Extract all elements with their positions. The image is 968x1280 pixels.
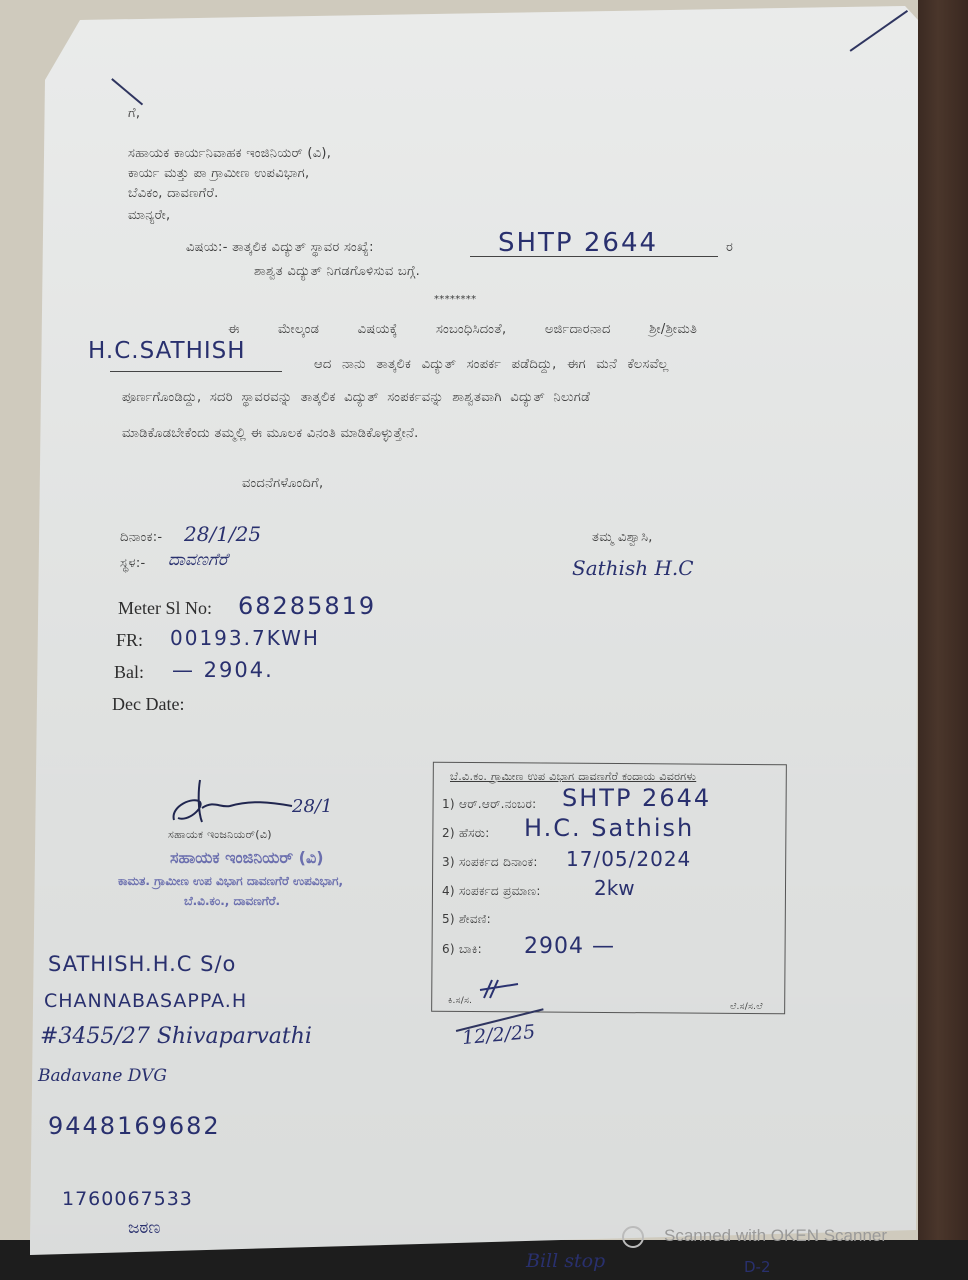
date-label: ದಿನಾಂಕ:- [120, 530, 162, 545]
subject-underline [470, 256, 718, 257]
office-row-2-label: 2) ಹೆಸರು: [442, 826, 490, 841]
bill-note: Bill stop [526, 1250, 605, 1272]
addressee-line-3: ಬೆವಿಕಂ, ದಾವಣಗೆರೆ. [128, 186, 219, 201]
office-row-3-value: 17/05/2024 [566, 847, 691, 871]
applicant-name: H.C.SATHISH [88, 338, 246, 364]
officer-title: ಸಹಾಯಕ ಇಂಜನಿಯರ್(ವಿ) [168, 828, 272, 842]
body-line-2: ಆದ ನಾನು ತಾತ್ಕಲಿಕ ವಿದ್ಯುತ್ ಸಂಪರ್ಕ ಪಡೆದಿದ್… [314, 357, 669, 372]
office-row-6-value: 2904 — [524, 934, 615, 959]
place-value: ದಾವಣಗೆರೆ [168, 550, 228, 570]
bal-value: — 2904. [172, 658, 274, 682]
office-box-header: ಬೆ.ವಿ.ಕಂ. ಗ್ರಾಮೀಣ ಉಪ ವಿಭಾಗ ದಾವಣಗೆರೆ ಕಂದಾ… [450, 770, 696, 784]
subject-value: SHTP 2644 [498, 228, 658, 258]
closing: ವಂದನೆಗಳೊಂದಿಗೆ, [242, 476, 323, 491]
separator: ******** [434, 294, 476, 305]
meter-serial-value: 68285819 [238, 592, 376, 620]
office-row-1-value: SHTP 2644 [562, 784, 711, 812]
officer-signature-date: 28/1 [292, 796, 332, 817]
scanner-watermark: Scanned with OKEN Scanner [664, 1226, 887, 1246]
office-row-5-label: 5) ಶೇವಣಿ: [442, 912, 491, 927]
office-footer-right: ಲೆ.ಸ/ಸ.ಲೆ [730, 1002, 763, 1012]
salutation-to: ಗೆ, [128, 106, 140, 121]
body-line-4: ಮಾಡಿಕೊಡಬೇಕೆಂದು ತಮ್ಮಲ್ಲಿ ಈ ಮೂಲಕ ವಿನಂತಿ ಮಾ… [122, 426, 419, 441]
office-row-1-label: 1) ಆರ್.ಆರ್.ನಂಬರ: [442, 797, 536, 812]
addressee-line-2: ಕಾರ್ಯ ಮತ್ತು ಪಾ ಗ್ರಾಮೀಣ ಉಪವಿಭಾಗ, [128, 166, 309, 181]
meter-serial-label: Meter Sl No: [118, 598, 212, 619]
office-row-2-value: H.C. Sathish [524, 814, 694, 842]
applicant-name-underline [110, 371, 282, 372]
scanner-logo-icon [622, 1226, 644, 1248]
office-row-4-value: 2kw [594, 876, 635, 900]
date-value: 28/1/25 [184, 522, 261, 546]
greeting: ಮಾನ್ಯರೇ, [128, 208, 170, 223]
dec-date-label: Dec Date: [112, 694, 184, 715]
fr-value: 00193.7KWH [170, 626, 320, 650]
wooden-table-edge [918, 0, 968, 1280]
addressee-line-1: ಸಹಾಯಕ ಕಾರ್ಯನಿವಾಹಕ ಇಂಜಿನಿಯರ್ (ವಿ), [128, 146, 331, 161]
page-mark: D-2 [744, 1258, 771, 1276]
stamp-line-3: ಬೆ.ವಿ.ಕಂ., ದಾವಣಗೆರೆ. [184, 894, 280, 909]
office-footer-left: ಕಿ.ಸ/ಸ. [448, 996, 472, 1006]
office-row-6-label: 6) ಬಾಕಿ: [442, 942, 482, 957]
address-line-4: Badavane DVG [38, 1066, 167, 1086]
body-line-3: ಪೂರ್ಣಗೊಂಡಿದ್ದು, ಸದರಿ ಸ್ಥಾವರವನ್ನು ತಾತ್ಕಲಿ… [122, 390, 590, 405]
fr-label: FR: [116, 630, 143, 651]
reference-note: ಜಠಣ [128, 1218, 160, 1238]
body-line-1: ಈ ಮೇಲ್ಕಂಡ ವಿಷಯಕ್ಕೆ ಸಂಬಂಧಿಸಿದಂತೆ, ಅರ್ಜಿದಾ… [228, 322, 697, 337]
applicant-signature: Sathish H.C [572, 556, 694, 580]
subject-line-2: ಶಾಶ್ವತ ವಿದ್ಯುತ್ ನಿಗಡಗೊಳಿಸುವ ಬಗ್ಗೆ. [254, 264, 420, 279]
address-line-1: SATHISH.H.C S/o [48, 952, 236, 976]
subject-suffix: ರ [726, 240, 733, 255]
office-row-3-label: 3) ಸಂಪರ್ಕದ ದಿನಾಂಕ: [442, 855, 538, 870]
place-label: ಸ್ಥಳ:- [120, 556, 146, 571]
stamp-line-1: ಸಹಾಯಕ ಇಂಜಿನಿಯರ್ (ವಿ) [170, 848, 324, 868]
yours-faithfully: ತಮ್ಮ ವಿಶ್ವಾಸಿ, [592, 530, 653, 545]
address-line-2: CHANNABASAPPA.H [44, 990, 247, 1012]
stamp-line-2: ಕಾಮತ. ಗ್ರಾಮೀಣ ಉಪ ವಿಭಾಗ ದಾವಣಗೆರೆ ಉಪವಿಭಾಗ, [118, 874, 343, 889]
office-row-4-label: 4) ಸಂಪರ್ಕದ ಪ್ರಮಾಣ: [442, 884, 541, 899]
address-line-3: #3455/27 Shivaparvathi [40, 1024, 312, 1049]
phone-number: 9448169682 [48, 1112, 221, 1140]
bal-label: Bal: [114, 662, 144, 683]
subject-label: ವಿಷಯ:- ತಾತ್ಕಲಿಕ ವಿದ್ಯುತ್ ಸ್ಥಾವರ ಸಂಖ್ಯೆ: [186, 240, 374, 255]
reference-number: 1760067533 [62, 1188, 193, 1210]
clerk-initial-icon [478, 976, 548, 1006]
